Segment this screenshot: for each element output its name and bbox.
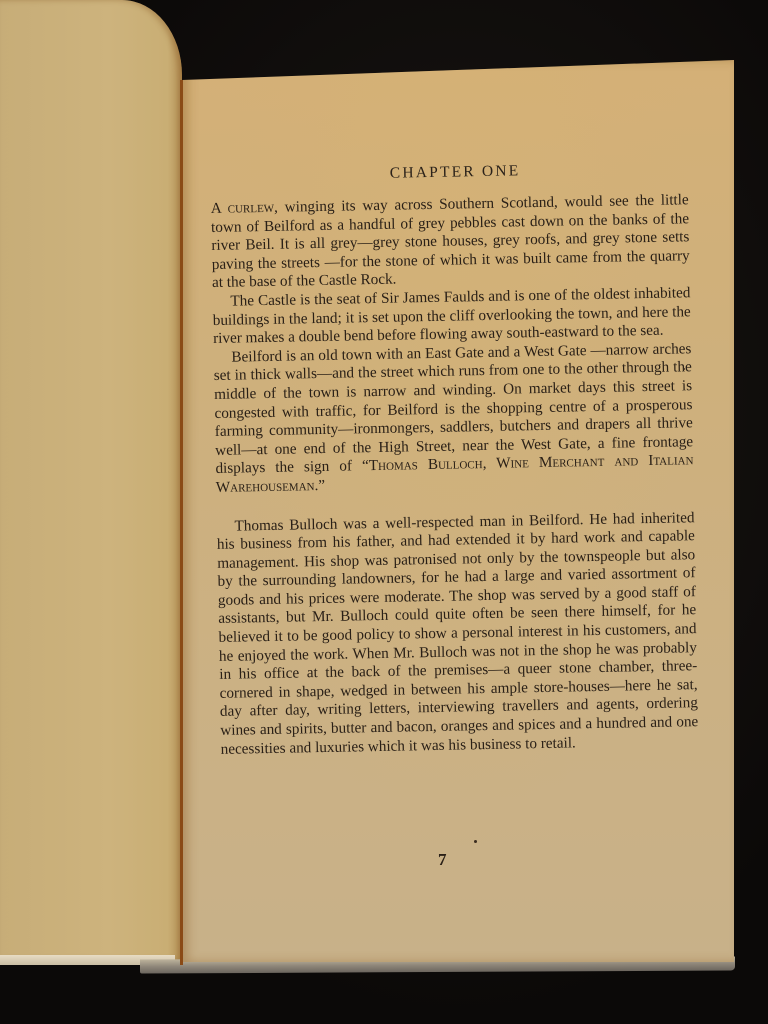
page-number: 7: [438, 850, 447, 870]
left-page: [0, 0, 182, 960]
paper-speck: [683, 368, 685, 370]
paragraph-3: Beilford is an old town with an East Gat…: [213, 340, 694, 497]
opening-smallcaps: A curlew,: [211, 199, 278, 217]
paragraph-2: The Castle is the seat of Sir James Faul…: [212, 284, 691, 349]
paper-speck: [474, 840, 477, 843]
paragraph-1-text: winging its way across Southern Scotland…: [211, 191, 690, 291]
paragraph-4: Thomas Bulloch was a well-respected man …: [216, 509, 698, 759]
book-gutter: [180, 80, 183, 965]
page-text: CHAPTER ONE A curlew, winging its way ac…: [210, 159, 699, 759]
paragraph-1: A curlew, winging its way across Souther…: [211, 191, 691, 293]
